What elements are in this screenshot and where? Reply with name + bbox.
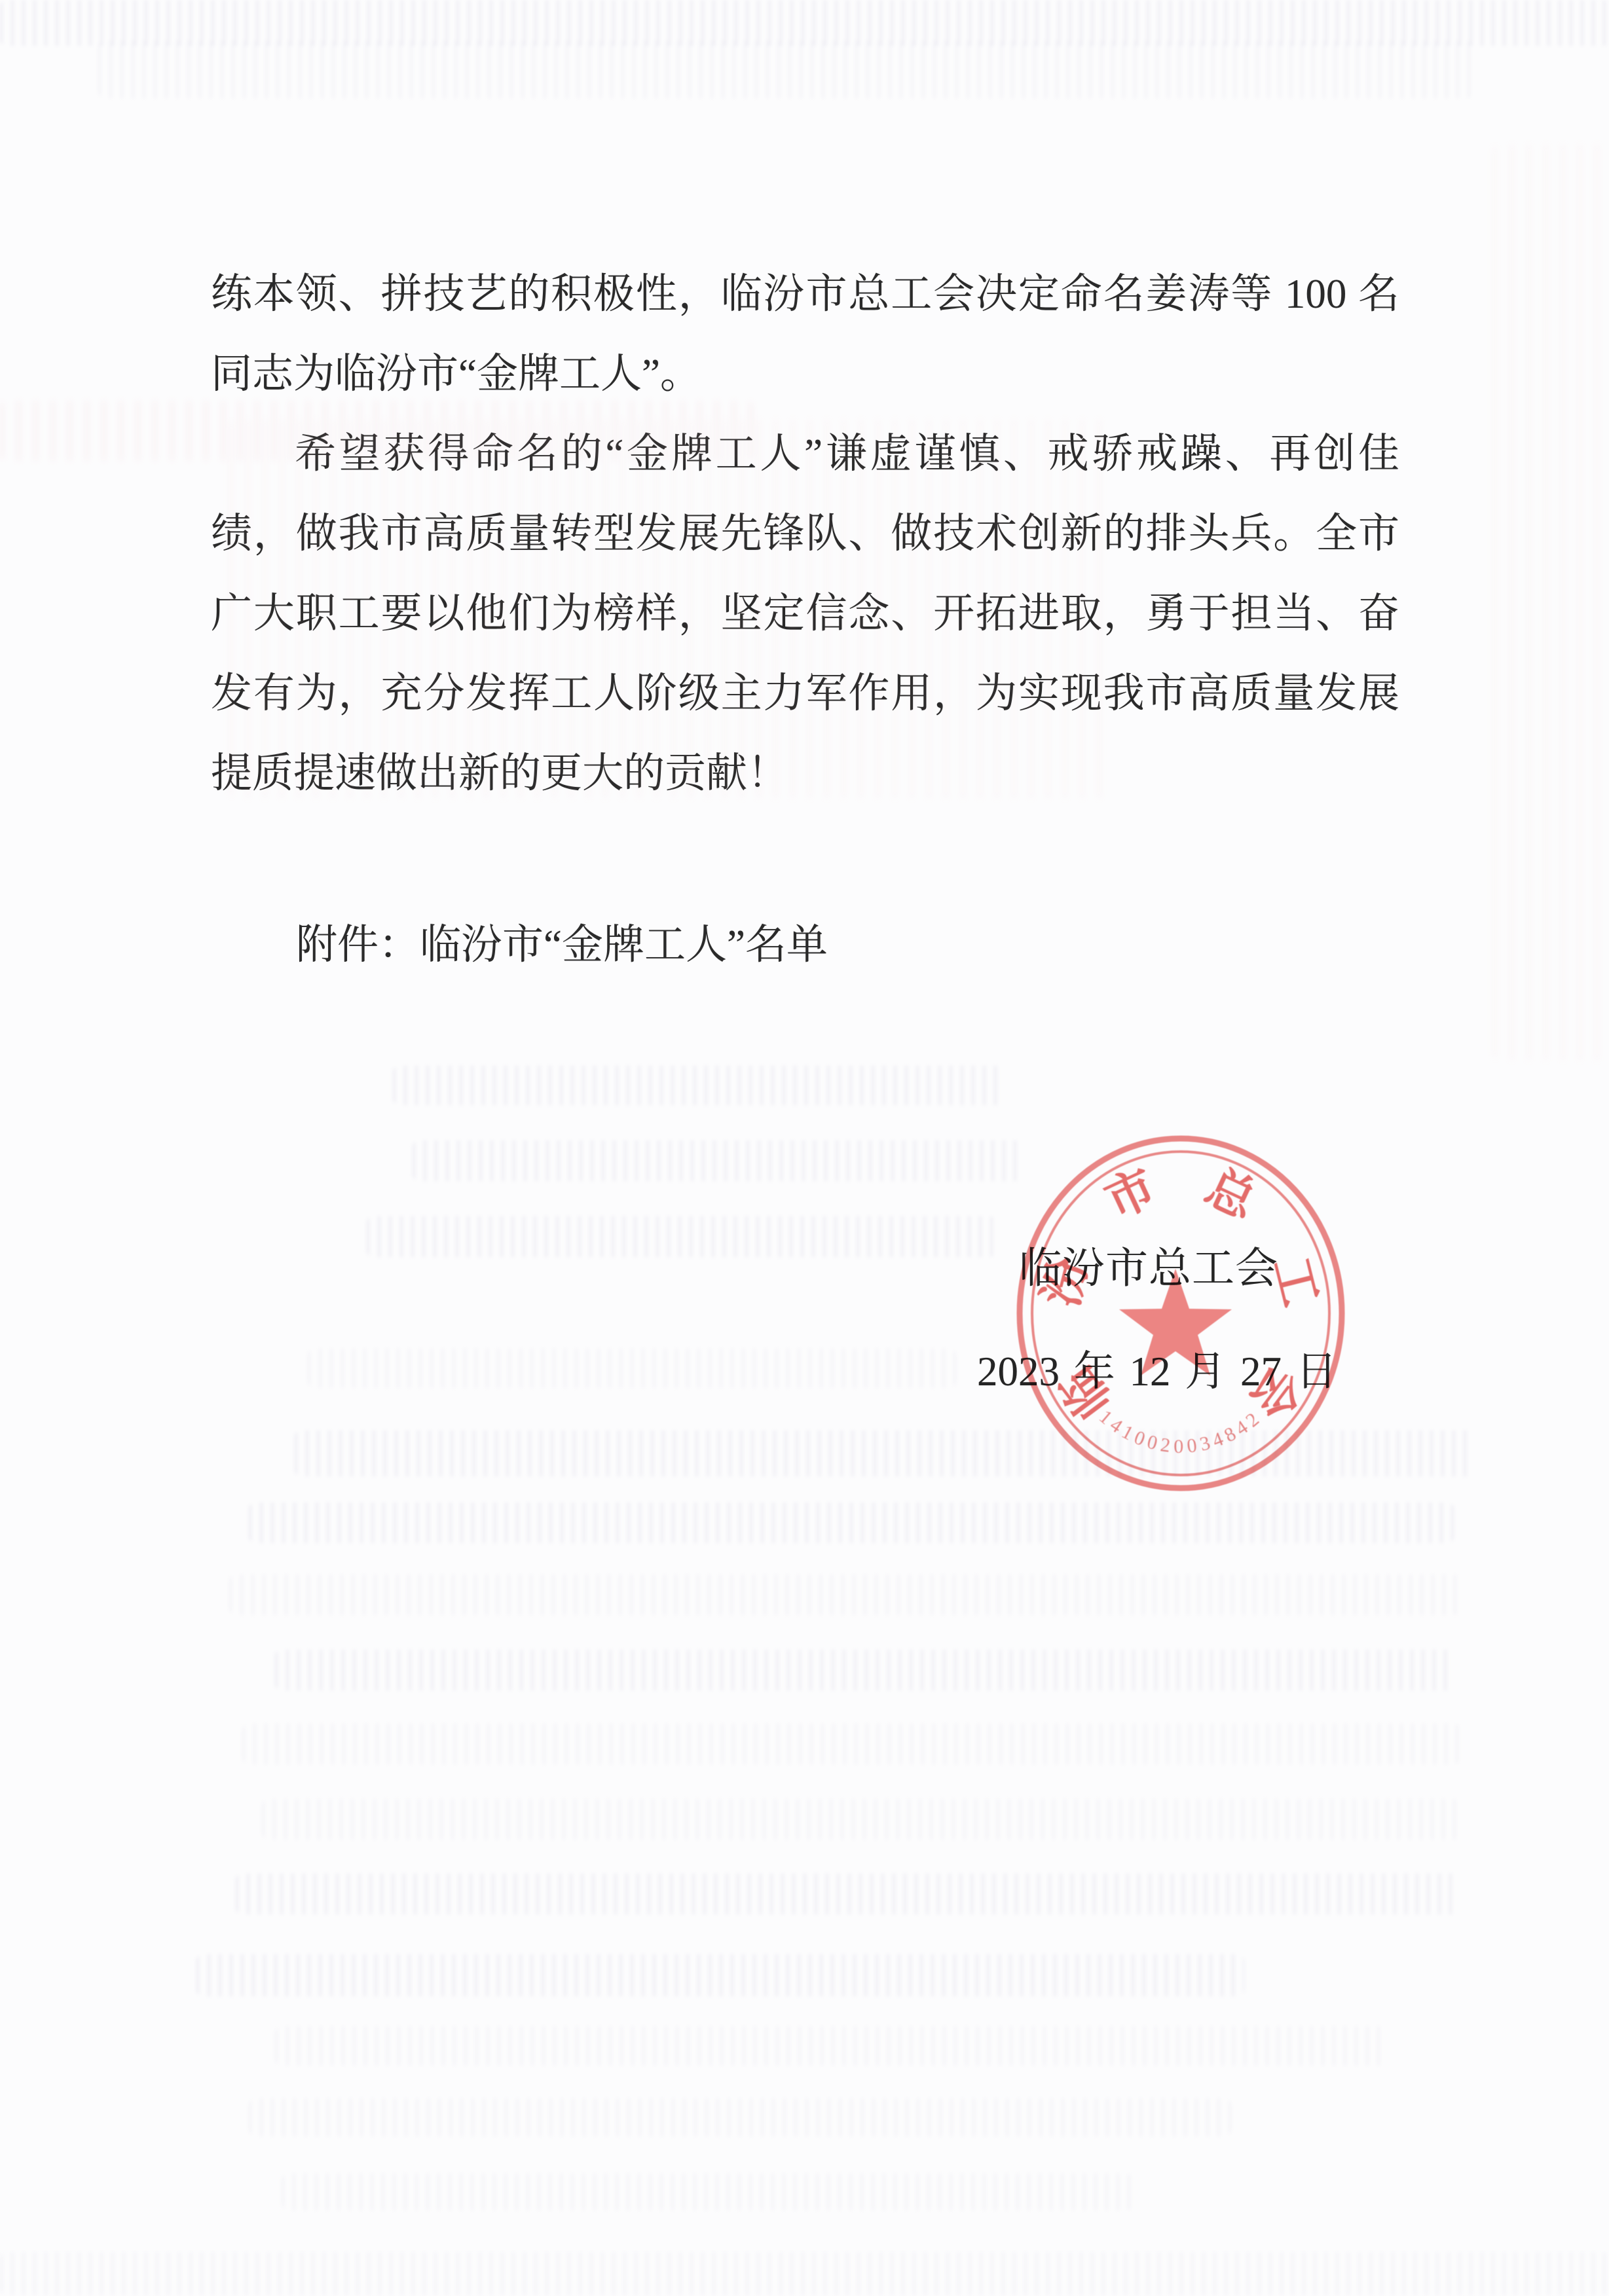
bleedthrough-smudge	[196, 1954, 1244, 1996]
bleedthrough-smudge	[0, 0, 1609, 46]
official-seal: 1410020034842 临 汾 市 总 工 会	[1014, 1133, 1348, 1494]
body-line: 同志为临汾市“金牌工人”。	[211, 351, 1399, 397]
bleedthrough-smudge	[262, 1799, 1460, 1840]
bleedthrough-smudge	[367, 1216, 995, 1257]
bleedthrough-smudge	[275, 2026, 1388, 2066]
bleedthrough-smudge	[229, 1575, 1460, 1615]
bleedthrough-smudge	[229, 419, 1113, 799]
bleedthrough-smudge	[1493, 144, 1609, 1061]
bleedthrough-smudge	[249, 1503, 1454, 1543]
seal-graphic: 1410020034842	[1014, 1133, 1348, 1494]
bleedthrough-smudge	[282, 2174, 1133, 2210]
seal-star-icon	[1119, 1269, 1232, 1376]
body-line: 练本领、拼技艺的积极性，临汾市总工会决定命名姜涛等 100 名	[211, 271, 1399, 318]
bleedthrough-smudge	[275, 1650, 1454, 1690]
svg-text:1410020034842: 1410020034842	[1095, 1406, 1267, 1457]
seal-number: 1410020034842	[1095, 1406, 1267, 1457]
bleedthrough-smudge	[413, 1140, 1022, 1181]
bleedthrough-smudge	[242, 1724, 1460, 1764]
bleedthrough-smudge	[249, 2098, 1231, 2136]
attachment-line: 附件：临汾市“金牌工人”名单	[296, 911, 828, 971]
bleedthrough-smudge	[308, 1349, 956, 1388]
scanned-document-page: 练本领、拼技艺的积极性，临汾市总工会决定命名姜涛等 100 名 同志为临汾市“金…	[0, 0, 1609, 2296]
bleedthrough-smudge	[98, 41, 1473, 98]
bleedthrough-smudge	[393, 1066, 1002, 1105]
bleedthrough-smudge	[236, 1874, 1460, 1914]
bleedthrough-smudge	[0, 2252, 1609, 2295]
